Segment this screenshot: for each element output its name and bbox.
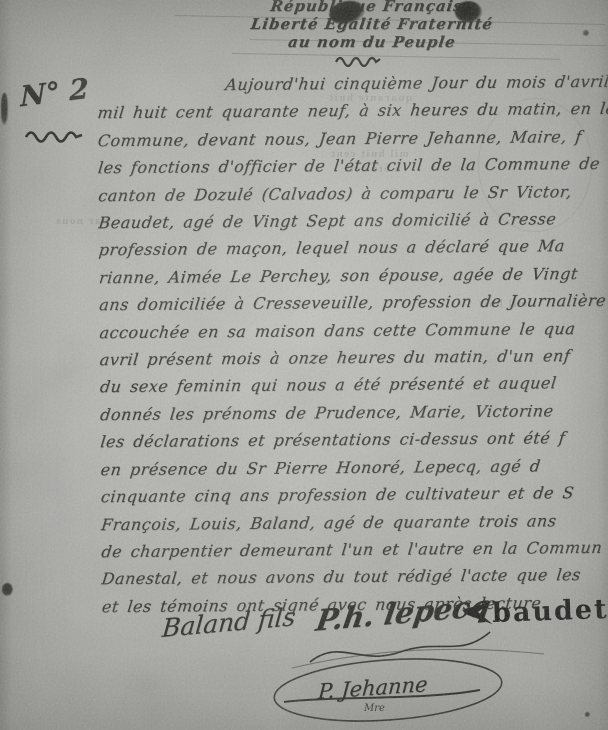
officer-title-abbreviation: Mre [364, 703, 385, 714]
scanned-document: quarante huit mil huit cent a été coté p… [0, 0, 608, 730]
act-number: N° 2 [20, 72, 89, 114]
body-line: François, Louis, Baland, agé de quarante… [100, 506, 608, 538]
ink-blotch [583, 30, 589, 36]
act-body-text: Aujourd'hui cinquième Jour du mois d'avr… [96, 68, 608, 621]
body-line: mil huit cent quarante neuf, à six heure… [96, 95, 608, 127]
body-line: ans domiciliée à Cresseveuille, professi… [98, 287, 608, 319]
body-line: profession de maçon, lequel nous a décla… [97, 232, 608, 264]
body-line: Danestal, et nous avons du tout rédigé l… [100, 561, 608, 593]
body-line: du sexe feminin qui nous a été présenté … [98, 369, 608, 401]
body-line: cinquante cinq ans profession de cultiva… [99, 479, 608, 511]
ink-blotch [585, 712, 590, 717]
ink-blotch [1, 93, 8, 125]
header-flourish-squiggle [334, 52, 382, 66]
body-line: les déclarations et présentations ci-des… [99, 424, 608, 456]
ink-blotch [455, 1, 482, 23]
signature-baudet: baudet [491, 594, 608, 629]
body-line: les fonctions d'officier de l'état civil… [97, 150, 608, 182]
header-line-au-nom: au nom du Peuple [237, 33, 508, 51]
act-number-flourish [24, 128, 86, 144]
ink-blotch [2, 583, 13, 596]
ledger-rule-line [232, 53, 560, 60]
